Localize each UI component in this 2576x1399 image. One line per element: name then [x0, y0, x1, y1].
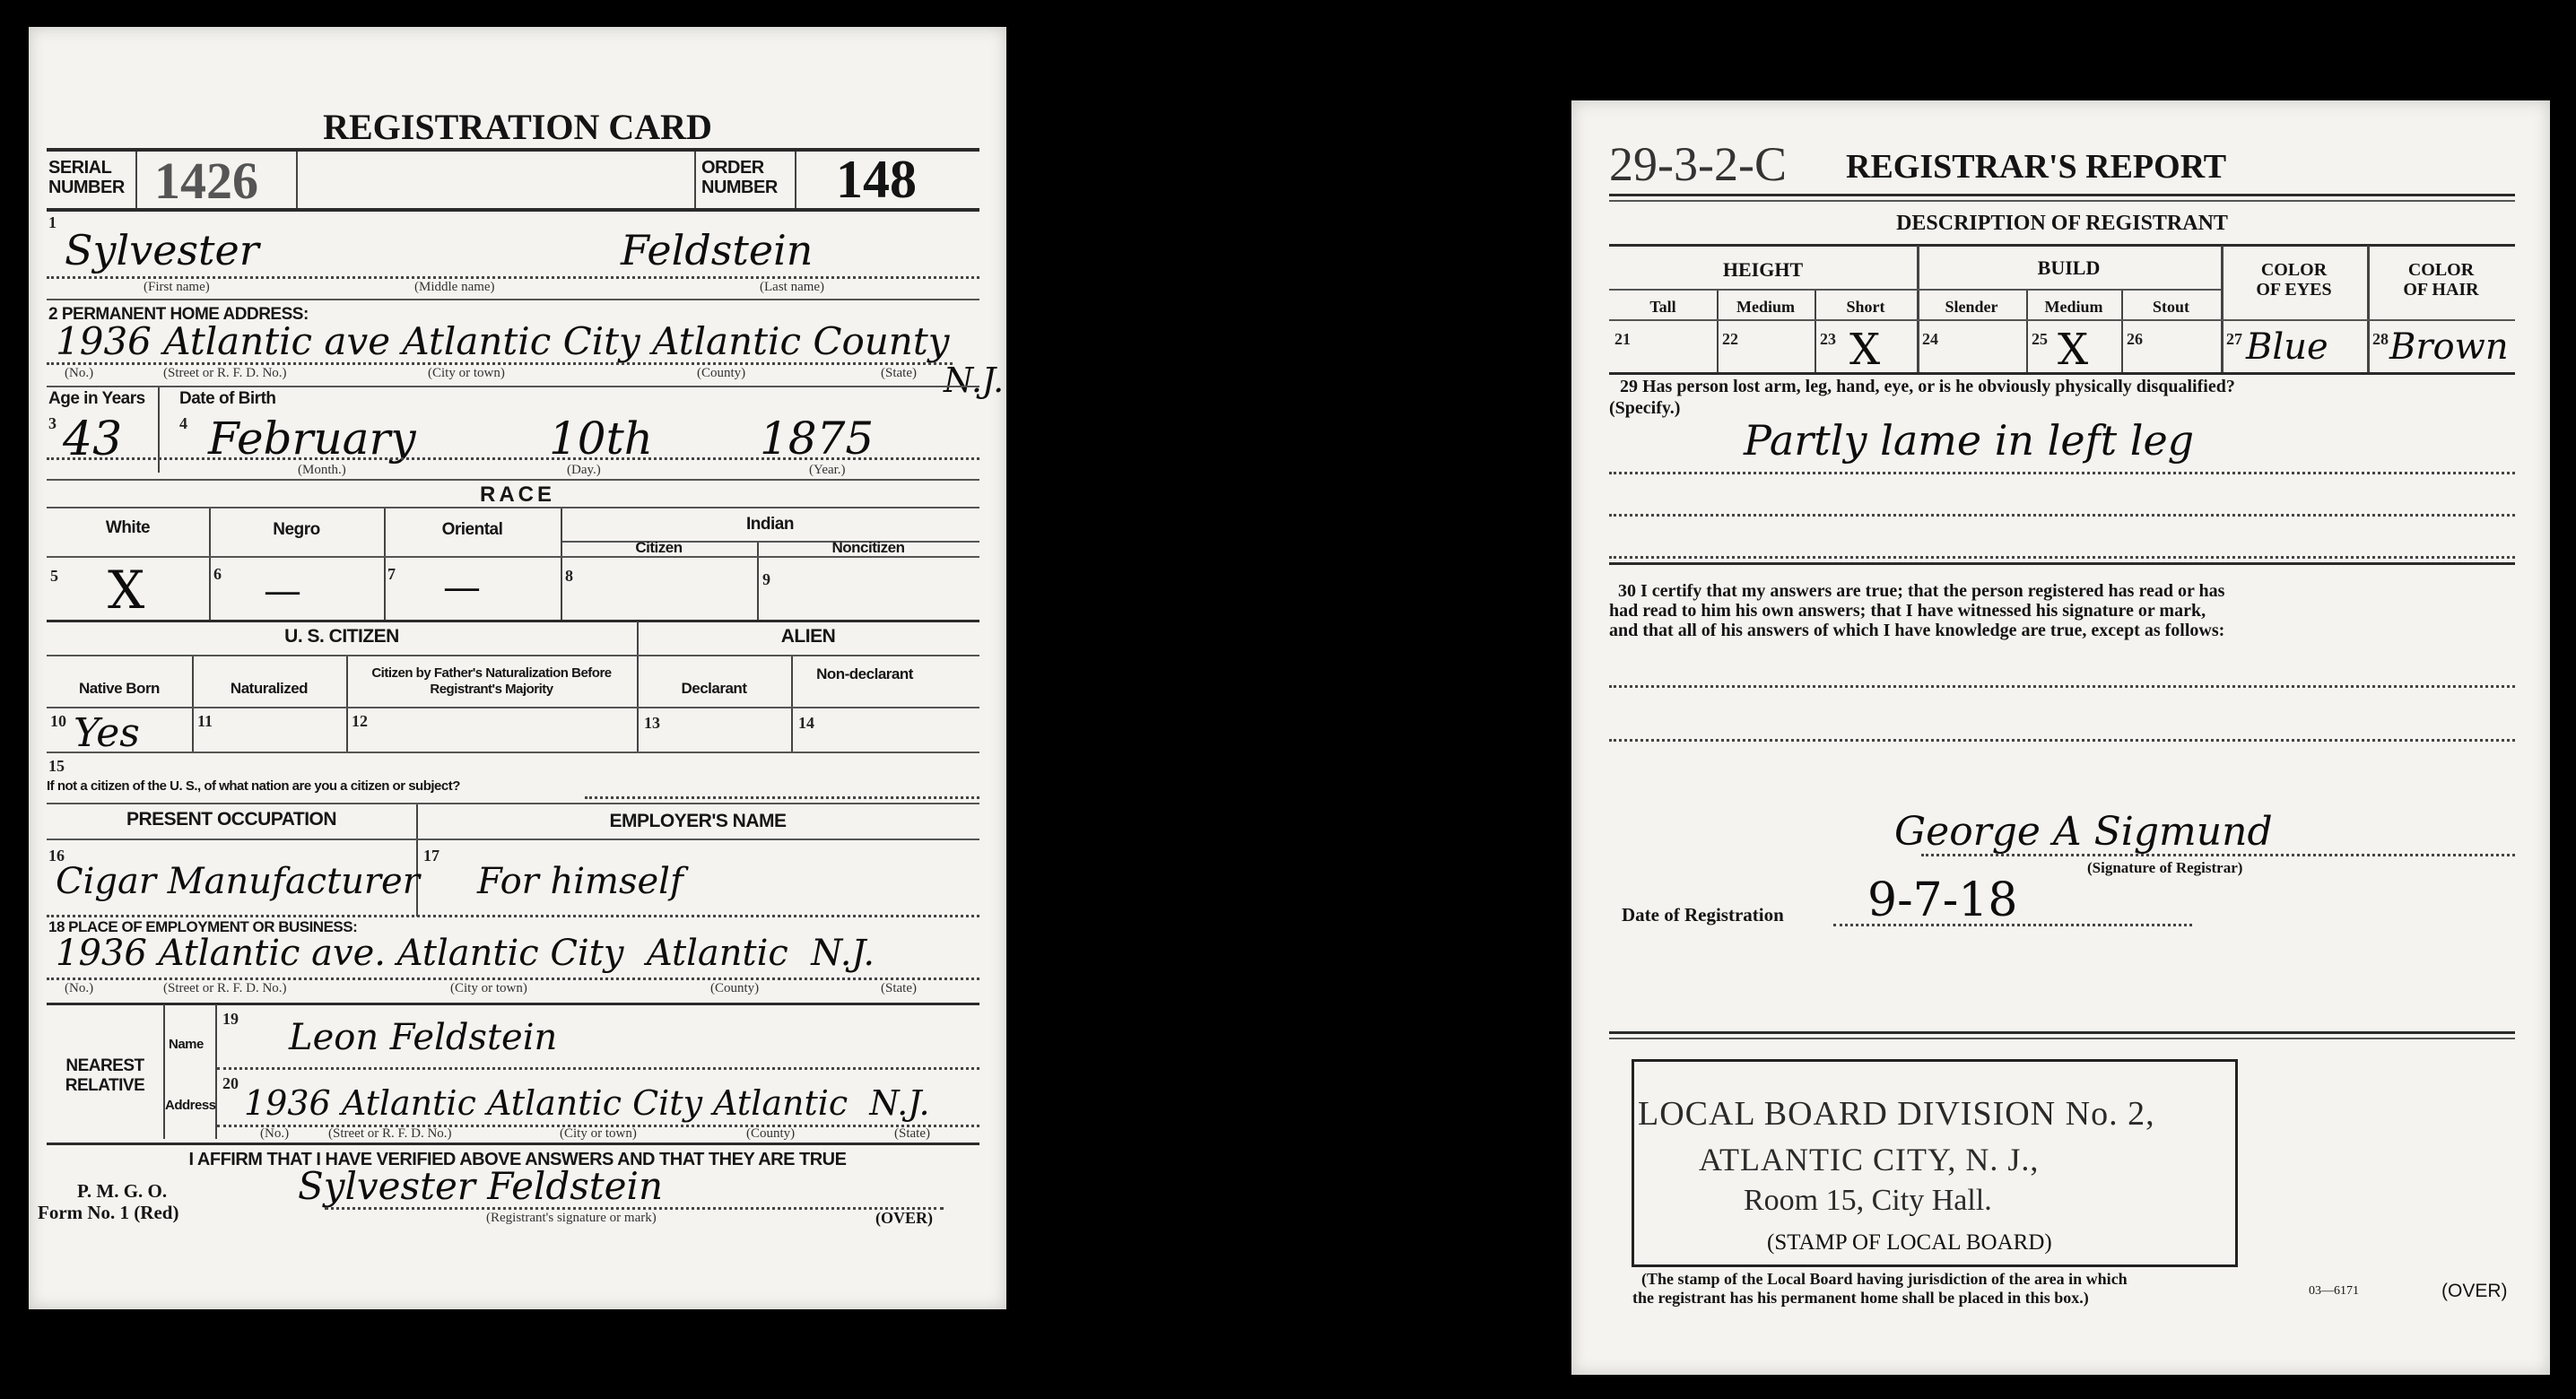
field-number: 3 [48, 414, 57, 433]
form-id-line2: Form No. 1 (Red) [38, 1202, 178, 1224]
race-indian-label: Indian [561, 515, 979, 534]
race-oriental-label: Oriental [384, 520, 561, 540]
divider [47, 620, 979, 622]
divider [296, 152, 298, 208]
field-number: 22 [1722, 330, 1738, 349]
label-street: (Street or R. F. D. No.) [328, 1126, 452, 1142]
divider [1609, 194, 2515, 196]
divider [694, 152, 696, 208]
last-name-label: (Last name) [760, 280, 824, 295]
label-county: (County) [746, 1126, 795, 1142]
field-number: 11 [197, 712, 213, 731]
divider [47, 507, 979, 508]
divider [47, 1143, 979, 1145]
build-medium-label: Medium [2026, 298, 2121, 317]
height-medium-label: Medium [1717, 298, 1815, 317]
underline [1921, 854, 2515, 856]
card-code: 29-3-2-C [1609, 136, 1787, 192]
race-white-value: X [108, 560, 144, 621]
underline [47, 978, 979, 980]
employer-value: For himself [477, 861, 683, 902]
field-number: 6 [213, 565, 222, 584]
underline [1609, 514, 2515, 517]
field-number: 21 [1614, 330, 1631, 349]
signature-label: (Registrant's signature or mark) [486, 1211, 657, 1226]
divider [47, 479, 979, 481]
field-number: 17 [423, 847, 439, 865]
height-short-value: X [1849, 325, 1880, 375]
build-stout-label: Stout [2121, 298, 2221, 317]
stamp-line3: Room 15, City Hall. [1744, 1184, 1992, 1218]
age-label: Age in Years [48, 389, 145, 409]
height-tall-label: Tall [1609, 298, 1717, 317]
field-number: 25 [2032, 330, 2048, 349]
divider [47, 752, 979, 753]
divider [1609, 244, 2515, 247]
race-oriental-value: — [443, 565, 481, 609]
relative-name-label: Name [169, 1037, 204, 1052]
divider [135, 152, 137, 208]
underline [217, 1067, 979, 1070]
field-number: 20 [222, 1074, 239, 1093]
field-number: 5 [50, 567, 58, 586]
field-number: 12 [352, 712, 368, 731]
eye-color-value: Blue [2246, 326, 2328, 368]
field-number: 14 [798, 714, 814, 733]
non-declarant-label: Non-declarant [802, 665, 927, 683]
label-street: (Street or R. F. D. No.) [163, 366, 287, 381]
divider [215, 1004, 217, 1139]
divider [1609, 289, 2221, 291]
divider [1609, 562, 2515, 565]
divider [192, 656, 194, 752]
build-slender-label: Slender [1917, 298, 2026, 317]
underline [47, 276, 979, 279]
build-medium-value: X [2058, 325, 2088, 375]
race-negro-label: Negro [209, 520, 384, 540]
first-name-value: Sylvester [65, 226, 259, 274]
field-number: 27 [2226, 330, 2242, 349]
serial-number-label: SERIALNUMBER [48, 158, 125, 197]
date-of-registration-value: 9-7-18 [1867, 873, 2017, 927]
label-state: (State) [894, 1126, 930, 1142]
relative-address-label: Address [165, 1098, 216, 1113]
divider [47, 803, 979, 804]
height-short-label: Short [1815, 298, 1917, 317]
occupation-heading: PRESENT OCCUPATION [47, 809, 416, 830]
eyes-heading: COLOROF EYES [2221, 260, 2367, 300]
label-county: (County) [710, 981, 759, 996]
serial-number-value: 1426 [154, 151, 258, 211]
order-number-value: 148 [836, 149, 917, 211]
race-heading: RACE [29, 482, 1006, 508]
divider [795, 152, 796, 208]
form-id-line1: P. M. G. O. [77, 1180, 167, 1203]
registrars-report-back: 29-3-2-C REGISTRAR'S REPORT DESCRIPTION … [1571, 100, 2550, 1375]
q29-specify: (Specify.) [1609, 398, 1680, 419]
q29-answer: Partly lame in left leg [1744, 416, 2194, 465]
label-city: (City or town) [428, 366, 505, 381]
label-street: (Street or R. F. D. No.) [163, 981, 287, 996]
field-number: 26 [2127, 330, 2143, 349]
stamp-caption: (STAMP OF LOCAL BOARD) [1767, 1230, 2052, 1256]
field-number: 28 [2372, 330, 2389, 349]
us-citizen-heading: U. S. CITIZEN [47, 626, 637, 647]
height-heading: HEIGHT [1609, 258, 1917, 282]
description-heading: DESCRIPTION OF REGISTRANT [1609, 212, 2515, 236]
divider [47, 707, 979, 708]
divider [1609, 372, 2515, 375]
date-of-registration-label: Date of Registration [1622, 904, 1784, 926]
underline [1609, 472, 2515, 474]
underline [1609, 685, 2515, 688]
home-address-value: 1936 Atlantic ave Atlantic City Atlantic… [56, 319, 949, 363]
divider [346, 656, 348, 752]
divider [1609, 319, 2515, 321]
local-board-stamp-box: LOCAL BOARD DIVISION No. 2, ATLANTIC CIT… [1632, 1059, 2238, 1267]
divider [47, 299, 979, 300]
registrant-signature: Sylvester Feldstein [298, 1164, 663, 1208]
field-number: 19 [222, 1010, 239, 1029]
label-year: (Year.) [809, 463, 846, 478]
dob-label: Date of Birth [179, 389, 276, 409]
divider [47, 386, 979, 387]
label-no: (No.) [260, 1126, 289, 1142]
hair-heading: COLOROF HAIR [2367, 260, 2515, 300]
registration-card-front: REGISTRATION CARD SERIALNUMBER 1426 ORDE… [29, 27, 1006, 1309]
employer-heading: EMPLOYER'S NAME [416, 811, 979, 832]
field-number: 8 [565, 567, 573, 586]
native-born-label: Native Born [47, 680, 192, 698]
divider [47, 655, 979, 656]
nearest-relative-heading: NEARESTRELATIVE [47, 1056, 163, 1096]
divider [47, 1003, 979, 1005]
declarant-label: Declarant [637, 680, 791, 698]
underline [47, 457, 979, 460]
label-city: (City or town) [560, 1126, 637, 1142]
report-title: REGISTRAR'S REPORT [1846, 147, 2226, 187]
underline [1609, 739, 2515, 742]
race-indian-citizen-label: Citizen [561, 539, 757, 557]
middle-name-label: (Middle name) [414, 280, 495, 295]
field-number: 15 [48, 757, 65, 776]
label-county: (County) [697, 366, 745, 381]
label-no: (No.) [65, 981, 93, 996]
naturalized-label: Naturalized [192, 680, 346, 698]
field-number: 7 [387, 565, 396, 584]
build-heading: BUILD [1917, 256, 2221, 280]
field-number: 4 [179, 414, 187, 433]
label-state: (State) [881, 981, 917, 996]
underline [585, 796, 979, 799]
field-number: 23 [1820, 330, 1836, 349]
field-number: 9 [762, 570, 770, 589]
registrar-signature: George A Sigmund [1894, 809, 2273, 855]
nation-question: If not a citizen of the U. S., of what n… [47, 778, 460, 794]
relative-address-value: 1936 Atlantic Atlantic City Atlantic N.J… [244, 1083, 930, 1123]
over-label: (OVER) [875, 1209, 933, 1228]
alien-heading: ALIEN [637, 626, 979, 647]
divider [791, 656, 793, 752]
over-label: (OVER) [2441, 1281, 2508, 1302]
place-of-employment-value: 1936 Atlantic ave. Atlantic City Atlanti… [56, 933, 875, 974]
stamp-line2: ATLANTIC CITY, N. J., [1699, 1141, 2039, 1178]
race-indian-noncitizen-label: Noncitizen [757, 539, 979, 557]
hair-color-value: Brown [2389, 326, 2509, 368]
q30-certification: 30 I certify that my answers are true; t… [1609, 581, 2224, 640]
label-city: (City or town) [450, 981, 527, 996]
divider [1609, 200, 2515, 202]
divider [1609, 1031, 2515, 1034]
label-state: (State) [881, 366, 917, 381]
q29-question: 29 Has person lost arm, leg, hand, eye, … [1620, 377, 2235, 397]
race-white-label: White [47, 518, 209, 538]
label-day: (Day.) [567, 463, 601, 478]
field-number: 10 [50, 712, 66, 731]
occupation-value: Cigar Manufacturer [56, 861, 420, 902]
home-state-value: N.J. [944, 361, 1004, 400]
field-number: 13 [644, 714, 660, 733]
label-month: (Month.) [298, 463, 346, 478]
order-number-label: ORDERNUMBER [701, 158, 778, 197]
label-no: (No.) [65, 366, 93, 381]
print-code: 03—6171 [2309, 1284, 2359, 1299]
stamp-line1: LOCAL BOARD DIVISION No. 2, [1638, 1094, 2155, 1134]
race-negro-value: — [264, 569, 301, 613]
native-born-value: Yes [74, 710, 140, 756]
underline [1833, 924, 2192, 926]
underline [325, 1207, 944, 1210]
stamp-note: (The stamp of the Local Board having jur… [1632, 1270, 2128, 1308]
last-name-value: Feldstein [621, 226, 813, 274]
card-title: REGISTRATION CARD [29, 106, 1006, 148]
citizen-by-father-label: Citizen by Father's Naturalization Befor… [352, 665, 631, 698]
field-number: 24 [1922, 330, 1938, 349]
divider [47, 839, 979, 840]
divider [163, 1004, 165, 1139]
underline [1609, 556, 2515, 559]
relative-name-value: Leon Feldstein [289, 1017, 557, 1058]
field-number: 1 [48, 213, 57, 232]
underline [47, 362, 953, 365]
registrar-signature-label: (Signature of Registrar) [2087, 859, 2242, 877]
first-name-label: (First name) [144, 280, 210, 295]
underline [47, 915, 979, 917]
divider [1609, 1038, 2515, 1039]
